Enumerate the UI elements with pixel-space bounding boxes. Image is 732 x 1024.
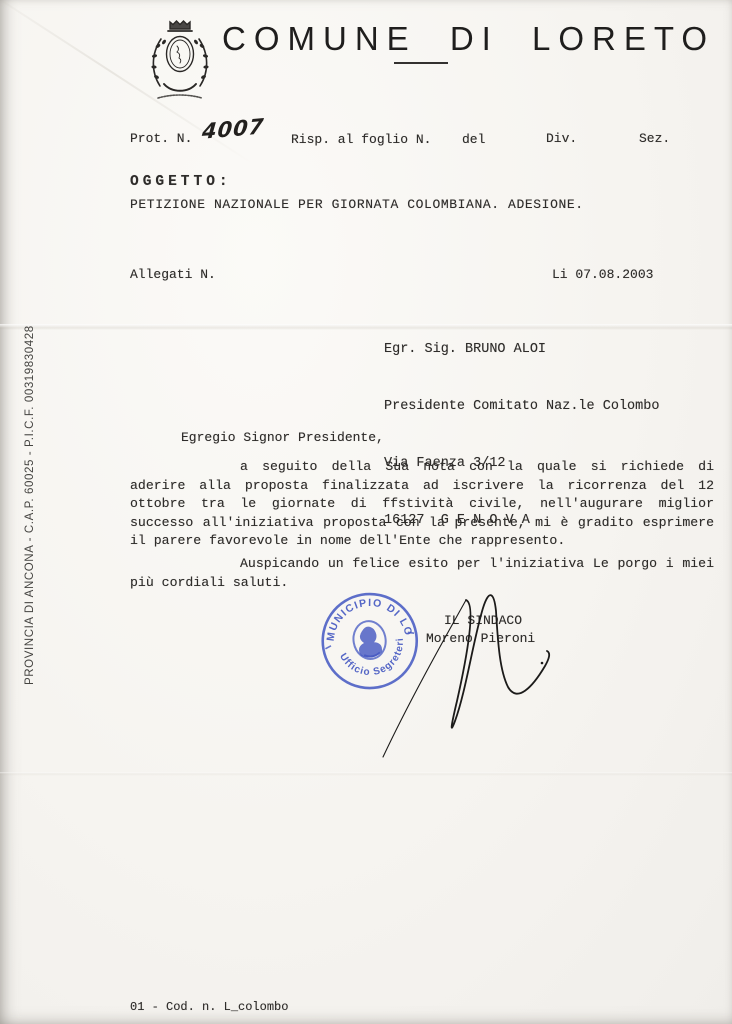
recipient-role: Presidente Comitato Naz.le Colombo	[384, 397, 659, 416]
title-underline	[394, 62, 448, 64]
protocol-number-handwritten: 4007	[201, 114, 265, 144]
division-label: Div.	[546, 131, 577, 146]
protocol-label: Prot. N.	[130, 131, 192, 146]
letter-date: Li 07.08.2003	[552, 267, 653, 282]
letter-page: COMUNE DI LORETO Prot. N. 4007 Risp. al …	[0, 0, 732, 1024]
section-label: Sez.	[639, 131, 670, 146]
paper-crease	[0, 772, 732, 776]
body-paragraph-1: a seguito della Sua nota con la quale si…	[130, 458, 714, 551]
subject-label: OGGETTO:	[130, 174, 232, 190]
del-label: del	[462, 132, 485, 147]
recipient-name: Egr. Sig. BRUNO ALOI	[384, 340, 659, 359]
attachments-label: Allegati N.	[130, 267, 216, 282]
coat-of-arms-icon	[138, 16, 222, 113]
salutation: Egregio Signor Presidente,	[181, 430, 384, 445]
subject-text: PETIZIONE NAZIONALE PER GIORNATA COLOMBI…	[130, 197, 584, 212]
reply-to-sheet-label: Risp. al foglio N.	[291, 132, 431, 147]
municipality-title: COMUNE DI LORETO	[222, 20, 715, 58]
handwritten-signature	[340, 580, 580, 770]
footer-document-code: 01 - Cod. n. L_colombo	[130, 1000, 288, 1014]
sidebar-province-info: PROVINCIA DI ANCONA - C.A.P. 60025 - P.I…	[24, 365, 36, 685]
